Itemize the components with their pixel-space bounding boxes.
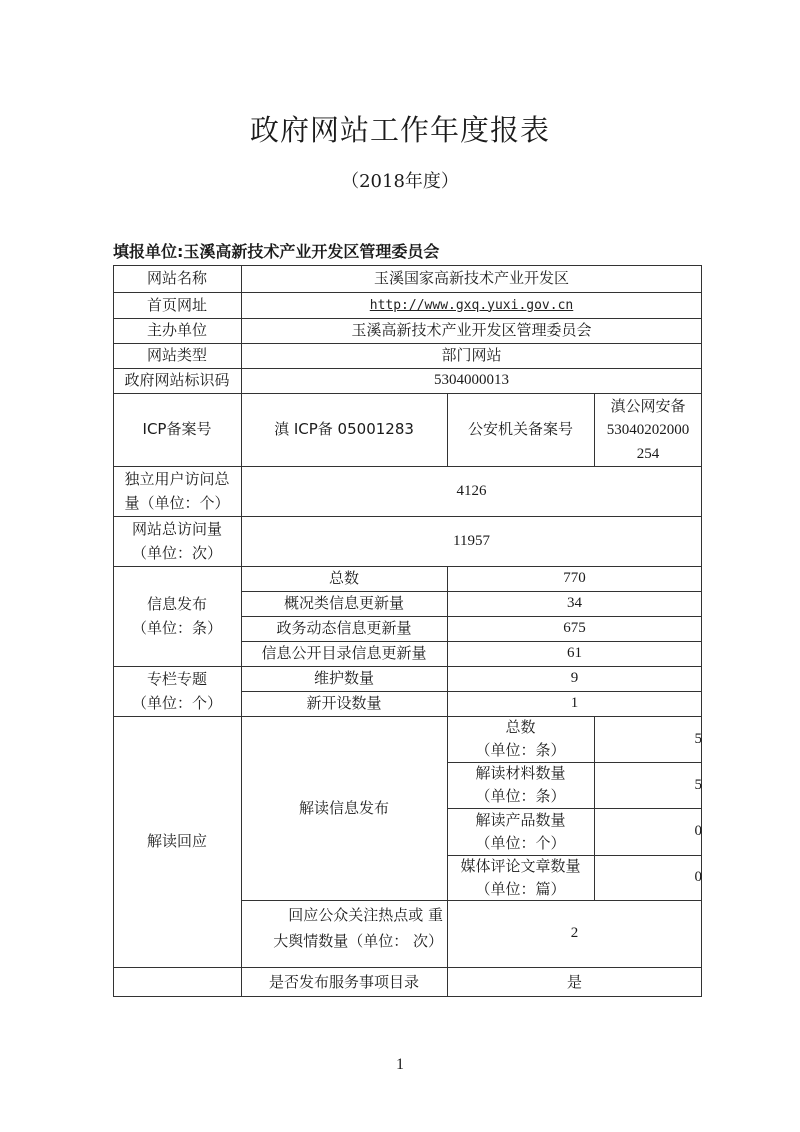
label-unique-visitors: 独立用户访问总 量（单位：个） [113, 466, 241, 516]
value-site-type: 部门网站 [241, 343, 702, 368]
police-record-line-3: 254 [637, 442, 660, 466]
label-interp-materials: 解读材料数量 （单位：条） [447, 762, 594, 808]
label-homepage: 首页网址 [113, 292, 241, 318]
label-line: （单位：条） [475, 785, 565, 808]
label-line: 大舆情数量（单位： 次） [273, 928, 443, 954]
label-media-articles: 媒体评论文章数量 （单位：篇） [447, 855, 594, 900]
label-line: （单位：篇） [475, 878, 565, 901]
reporting-unit: 填报单位:玉溪高新技术产业开发区管理委员会 [113, 242, 453, 262]
label-line: （单位：个） [132, 691, 222, 715]
label-line: 独立用户访问总 [124, 467, 229, 491]
value-info-total: 770 [447, 566, 702, 591]
label-overview-updates: 概况类信息更新量 [241, 591, 447, 616]
label-line: 解读材料数量 [475, 762, 565, 785]
label-new-columns: 新开设数量 [241, 691, 447, 716]
label-service-catalog: 是否发布服务事项目录 [241, 967, 447, 997]
label-line: 专栏专题 [147, 667, 207, 691]
label-catalog-updates: 信息公开目录信息更新量 [241, 641, 447, 666]
value-service-catalog: 是 [447, 967, 702, 997]
label-info-total: 总数 [241, 566, 447, 591]
value-interp-products: 0 [594, 808, 702, 855]
label-public-response: 回应公众关注热点或 重 大舆情数量（单位： 次） [241, 900, 447, 967]
label-interpretation-release: 解读信息发布 [241, 716, 447, 900]
label-interpretation: 解读回应 [113, 716, 241, 967]
label-line: 总数 [505, 716, 535, 739]
value-sponsor: 玉溪高新技术产业开发区管理委员会 [241, 318, 702, 343]
label-line: （单位：条） [132, 616, 222, 640]
label-site-type: 网站类型 [113, 343, 241, 368]
value-maintained: 9 [447, 666, 702, 691]
police-record-line-2: 53040202000 [607, 418, 690, 442]
value-catalog-updates: 61 [447, 641, 702, 666]
label-line: 回应公众关注热点或 重 [288, 902, 443, 928]
label-maintained: 维护数量 [241, 666, 447, 691]
police-record-line-1: 滇公网安备 [610, 394, 685, 418]
label-sponsor: 主办单位 [113, 318, 241, 343]
label-info-release: 信息发布 （单位：条） [113, 566, 241, 666]
label-line: 网站总访问量 [132, 517, 222, 541]
value-interp-total: 5 [594, 716, 702, 762]
label-line: （单位：条） [475, 739, 565, 762]
value-new-columns: 1 [447, 691, 702, 716]
report-table: 网站名称 玉溪国家高新技术产业开发区 首页网址 http://www.gxq.y… [113, 265, 702, 997]
label-icp: ICP备案号 [113, 393, 241, 466]
value-icp: 滇 ICP备 05001283 [241, 393, 447, 466]
value-site-code: 5304000013 [241, 368, 702, 393]
label-line: 媒体评论文章数量 [460, 855, 580, 878]
label-line: （单位：个） [475, 832, 565, 855]
value-police-record: 滇公网安备 53040202000 254 [594, 393, 702, 466]
label-line: （单位：次） [132, 541, 222, 565]
label-interp-total: 总数 （单位：条） [447, 716, 594, 762]
value-site-name: 玉溪国家高新技术产业开发区 [241, 265, 702, 292]
value-public-response: 2 [447, 900, 702, 967]
report-year: （2018年度） [0, 167, 800, 193]
label-interp-products: 解读产品数量 （单位：个） [447, 808, 594, 855]
label-police-record: 公安机关备案号 [447, 393, 594, 466]
label-columns: 专栏专题 （单位：个） [113, 666, 241, 716]
value-unique-visitors: 4126 [241, 466, 702, 516]
value-media-articles: 0 [594, 855, 702, 900]
value-overview-updates: 34 [447, 591, 702, 616]
page-number: 1 [0, 1056, 800, 1074]
label-line: 解读产品数量 [475, 809, 565, 832]
homepage-link[interactable]: http://www.gxq.yuxi.gov.cn [241, 292, 702, 318]
value-total-visits: 11957 [241, 516, 702, 566]
value-news-updates: 675 [447, 616, 702, 641]
label-total-visits: 网站总访问量 （单位：次） [113, 516, 241, 566]
label-site-code: 政府网站标识码 [113, 368, 241, 393]
page-title: 政府网站工作年度报表 [0, 108, 800, 149]
label-line: 量（单位：个） [124, 491, 229, 515]
label-line: 信息发布 [147, 592, 207, 616]
label-site-name: 网站名称 [113, 265, 241, 292]
value-interp-materials: 5 [594, 762, 702, 808]
label-news-updates: 政务动态信息更新量 [241, 616, 447, 641]
